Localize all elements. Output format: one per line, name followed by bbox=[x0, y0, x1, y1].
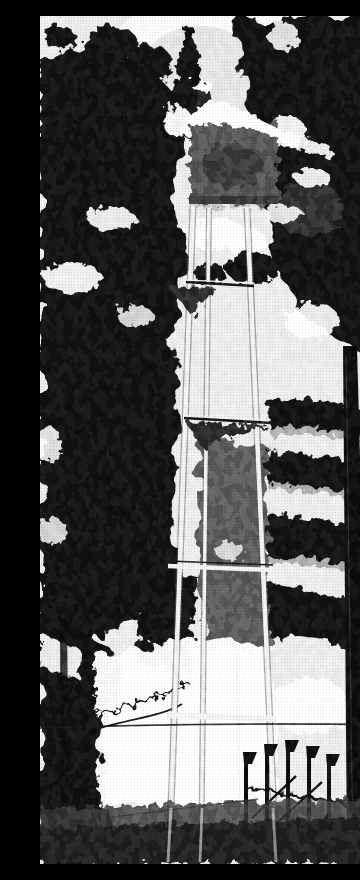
grain-blotch bbox=[40, 16, 360, 864]
halftone-photo bbox=[40, 16, 360, 864]
film-grain bbox=[40, 16, 360, 864]
photo-canvas bbox=[40, 16, 360, 864]
